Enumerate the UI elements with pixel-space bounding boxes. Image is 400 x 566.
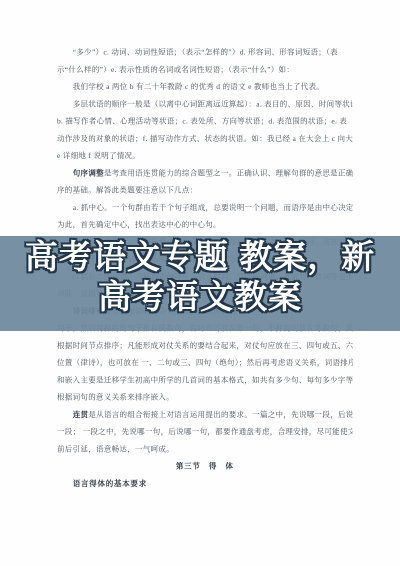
document-line: 第三节 得 体: [57, 458, 353, 475]
overlay-title-line2: 高考语文教案: [0, 277, 400, 317]
document-line: 和嵌入主要是迁移学生初高中所学的几首词的基本格式，如共有多少句、每句多少字等；然…: [57, 372, 353, 389]
overlay-title: 高考语文专题 教案，新 高考语文教案: [0, 237, 400, 317]
document-line: 动作涉及的对象的状语；f. 描写动作方式、状态的状语。如：我已经 a 在大会上 …: [57, 130, 353, 147]
document-line: 序的基础。解答此类题要注意以下几点：: [57, 182, 353, 199]
document-line: 根据词句的意义关系来排序嵌入。: [57, 389, 353, 406]
document-line: b. 描写作者心情、心理活动等状语；c. 表处所、方向等状语；d. 表范围的状语…: [57, 113, 353, 130]
document-line: a. 抓中心。一个句群由若干个句子组成，总要说明一个问题，而语序是由中心决定的。: [57, 199, 353, 216]
document-line: 连贯是从语言的组合衔接上对语言运用提出的要求。一篇之中，先说哪一段，后说哪: [57, 406, 353, 423]
document-line: 多层状语的顺序一般是（以离中心词距离远近算起）：a. 表目的、原因、时间等状语；: [57, 96, 353, 113]
document-line: 我们学校 a 两位 b 有二十年教龄 c 的优秀 d 的语文 e 教师也当上了代…: [57, 79, 353, 96]
document-line: 一段； 一段之中，先说哪一句，后说哪一句，都要作通盘考虑，合理安排，尽可能使文章: [57, 424, 353, 441]
document-line: 根据时间节点排序；凡能形成对仗关系的要结合起来，对仗句应放在三、四句或五、六句: [57, 337, 353, 354]
document-line: “多少”）c. 动词、动词性短语；（表示“怎样的”）d. 形容词、形容词短语；（…: [57, 44, 353, 61]
document-line: 位置（律诗），也可放在 一、二句或三、四句（绝句）；然后再考虑语义关系，词语排序: [57, 355, 353, 372]
document-line: 前后引延，语意畅达，一气呵成。: [57, 441, 353, 458]
scanned-document-page: “多少”）c. 动词、动词性短语；（表示“怎样的”）d. 形容词、形容词短语；（…: [0, 0, 400, 566]
document-line: 语言得体的基本要求: [57, 475, 353, 492]
document-line: 为此，首先确定中心，找出表达中心的中心句。: [57, 217, 353, 234]
document-line: 示“什么样的”）e. 表示性质的名词或名词性短语；（表示“什么”）如：: [57, 61, 353, 78]
overlay-title-line1: 高考语文专题 教案，新: [0, 237, 400, 277]
document-line: e 详细地 f 说明了情况。: [57, 148, 353, 165]
document-line: 句序调整是考查用语连贯能力的综合题型之一。正确认识、理解句群的意思是正确排: [57, 165, 353, 182]
